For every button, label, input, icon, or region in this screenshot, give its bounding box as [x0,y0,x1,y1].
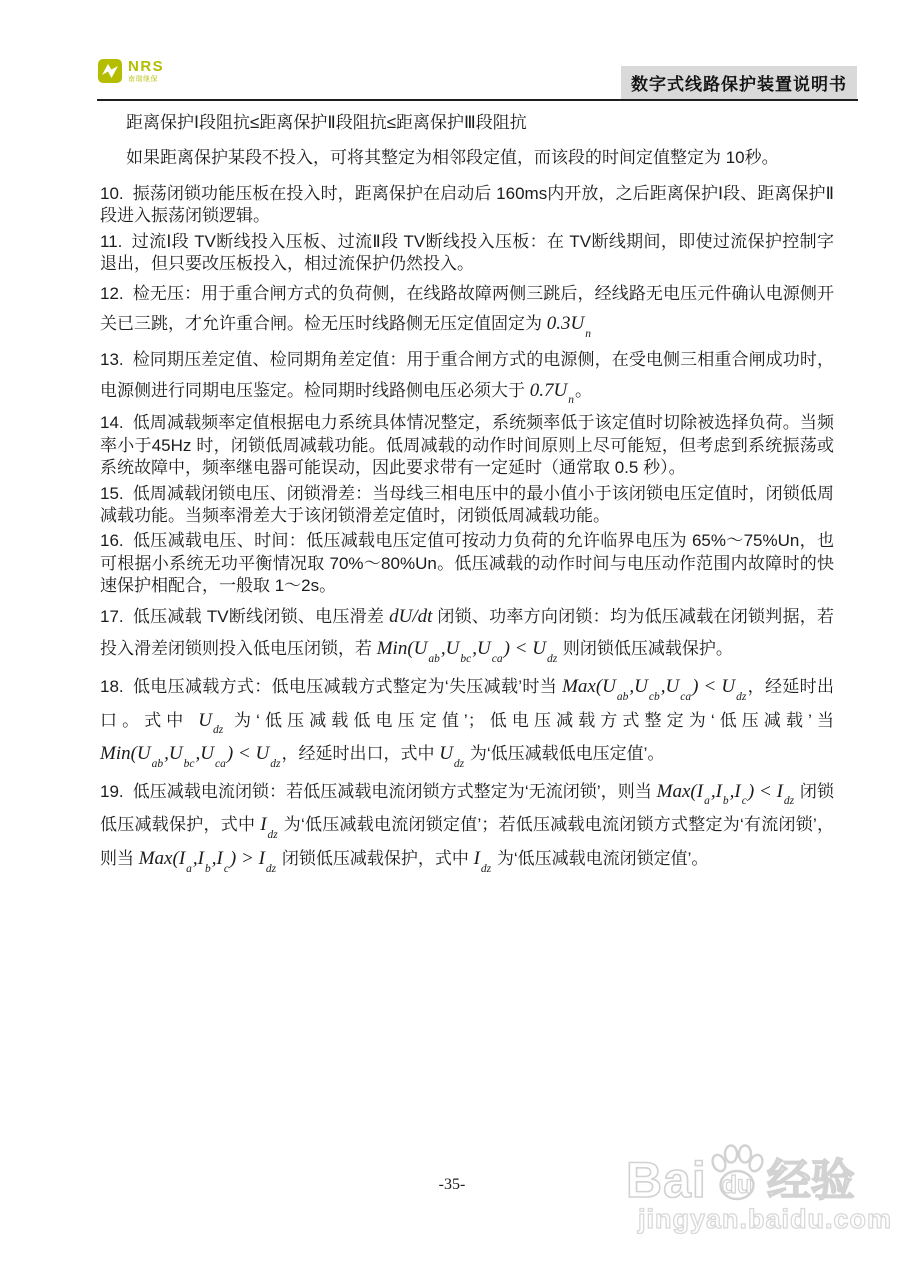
list-item-text: ，经延时出口，式中 [281,744,439,763]
formula: Max(Ia,Ib,Ic) < Idz [657,781,796,802]
watermark-brand-suffix: du [722,1171,753,1199]
list-item-number: 19. [100,782,133,801]
list-item: 18.低电压减载方式：低电压减载方式整定为‘失压减载’时当 Max(Uab,Uc… [100,671,834,772]
nrs-logo-icon [97,58,123,84]
formula: dU/dt [389,606,432,627]
page-content: 距离保护Ⅰ段阻抗≤距离保护Ⅱ段阻抗≤距离保护Ⅲ段阻抗如果距离保护某段不投入，可将… [100,112,834,880]
paw-print-icon: du [705,1144,767,1209]
numbered-list: 10.振荡闭锁功能压板在投入时，距离保护在启动后 160ms内开放，之后距离保护… [100,183,834,876]
list-item-number: 18. [100,677,133,696]
list-item-text: 为‘低压减载电流闭锁定值’。 [492,849,708,868]
baidu-jingyan-watermark: Bai du 经验 jingyan.baidu.com [626,1144,904,1235]
company-logo: NRS 南瑞继保 [97,58,164,84]
list-item-text: 低压减载电流闭锁：若低压减载电流闭锁方式整定为‘无流闭锁’，则当 [133,782,657,801]
list-item-text: 检无压：用于重合闸方式的负荷侧，在线路故障两侧三跳后，经线路无电压元件确认电源侧… [100,284,834,333]
formula: Min(Uab,Ubc,Uca) < Udz [377,638,558,659]
formula: Max(Ia,Ib,Ic) > Idz [139,848,277,869]
document-title: 数字式线路保护装置说明书 [621,66,857,100]
list-item-text: 则闭锁低压减载保护。 [558,639,733,658]
formula: Udz [198,710,224,731]
list-item: 11.过流Ⅰ段 TV断线投入压板、过流Ⅱ段 TV断线投入压板：在 TV断线期间，… [100,231,834,276]
formula: Idz [260,814,279,835]
list-item: 15.低周减载闭锁电压、闭锁滑差：当母线三相电压中的最小值小于该闭锁电压定值时，… [100,483,834,528]
list-item-text: 低压减载电压、时间：低压减载电压定值可按动力负荷的允许临界电压为 65%～75%… [100,531,834,595]
watermark-brand-cn: 经验 [767,1159,855,1203]
list-item-text: 低周减载闭锁电压、闭锁滑差：当母线三相电压中的最小值小于该闭锁电压定值时，闭锁低… [100,484,834,525]
list-item: 17.低压减载 TV断线闭锁、电压滑差 dU/dt 闭锁、功率方向闭锁：均为低压… [100,601,834,667]
formula: Min(Uab,Ubc,Uca) < Udz [100,743,281,764]
list-item: 19.低压减载电流闭锁：若低压减载电流闭锁方式整定为‘无流闭锁’，则当 Max(… [100,776,834,877]
list-item-text: 过流Ⅰ段 TV断线投入压板、过流Ⅱ段 TV断线投入压板：在 TV断线期间，即使过… [100,232,834,273]
intro-line: 距离保护Ⅰ段阻抗≤距离保护Ⅱ段阻抗≤距离保护Ⅲ段阻抗 [100,112,834,134]
logo-brand: NRS [128,59,164,74]
list-item-text: 为‘低压减载低电压定值’；低电压减载方式整定为‘低压减载’当 [224,711,834,730]
list-item: 13.检同期压差定值、检同期角差定值：用于重合闸方式的电源侧，在受电侧三相重合闸… [100,345,834,408]
list-item-number: 14. [100,413,133,432]
list-item-text: 低压减载 TV断线闭锁、电压滑差 [133,607,390,626]
list-item-number: 16. [100,531,133,550]
formula: Udz [439,743,465,764]
list-item-text: 检同期压差定值、检同期角差定值：用于重合闸方式的电源侧，在受电侧三相重合闸成功时… [100,350,834,399]
watermark-url: jingyan.baidu.com [638,1205,904,1235]
formula: 0.7Un [530,380,575,401]
list-item: 12.检无压：用于重合闸方式的负荷侧，在线路故障两侧三跳后，经线路无电压元件确认… [100,279,834,342]
formula: Max(Uab,Ucb,Uca) < Udz [562,676,747,697]
list-item-number: 15. [100,484,133,503]
header-divider [97,99,858,101]
list-item-number: 10. [100,184,133,203]
intro-line: 如果距离保护某段不投入，可将其整定为相邻段定值，而该段的时间定值整定为 10秒。 [100,147,834,169]
intro-block: 距离保护Ⅰ段阻抗≤距离保护Ⅱ段阻抗≤距离保护Ⅲ段阻抗如果距离保护某段不投入，可将… [100,112,834,170]
list-item-number: 11. [100,232,131,251]
list-item-text: 闭锁低压减载保护，式中 [277,849,473,868]
list-item: 10.振荡闭锁功能压板在投入时，距离保护在启动后 160ms内开放，之后距离保护… [100,183,834,228]
list-item-text: 低电压减载方式：低电压减载方式整定为‘失压减载’时当 [133,677,562,696]
document-page: NRS 南瑞继保 数字式线路保护装置说明书 距离保护Ⅰ段阻抗≤距离保护Ⅱ段阻抗≤… [0,0,904,1280]
list-item-number: 12. [100,284,133,303]
watermark-brand-prefix: Bai [626,1155,707,1205]
list-item-number: 17. [100,607,133,626]
formula: Idz [474,848,493,869]
list-item: 14.低周减载频率定值根据电力系统具体情况整定，系统频率低于该定值时切除被选择负… [100,412,834,479]
list-item-text: 为‘低压减载低电压定值’。 [465,744,664,763]
logo-subtext: 南瑞继保 [128,76,164,83]
list-item-number: 13. [100,350,133,369]
logo-text: NRS 南瑞继保 [128,59,164,83]
list-item: 16.低压减载电压、时间：低压减载电压定值可按动力负荷的允许临界电压为 65%～… [100,530,834,597]
watermark-logo-row: Bai du 经验 [626,1144,904,1205]
list-item-text: 。 [575,381,592,400]
list-item-text: 振荡闭锁功能压板在投入时，距离保护在启动后 160ms内开放，之后距离保护Ⅰ段、… [100,184,834,225]
formula: 0.3Un [547,313,592,334]
list-item-text: 低周减载频率定值根据电力系统具体情况整定，系统频率低于该定值时切除被选择负荷。当… [100,413,834,477]
